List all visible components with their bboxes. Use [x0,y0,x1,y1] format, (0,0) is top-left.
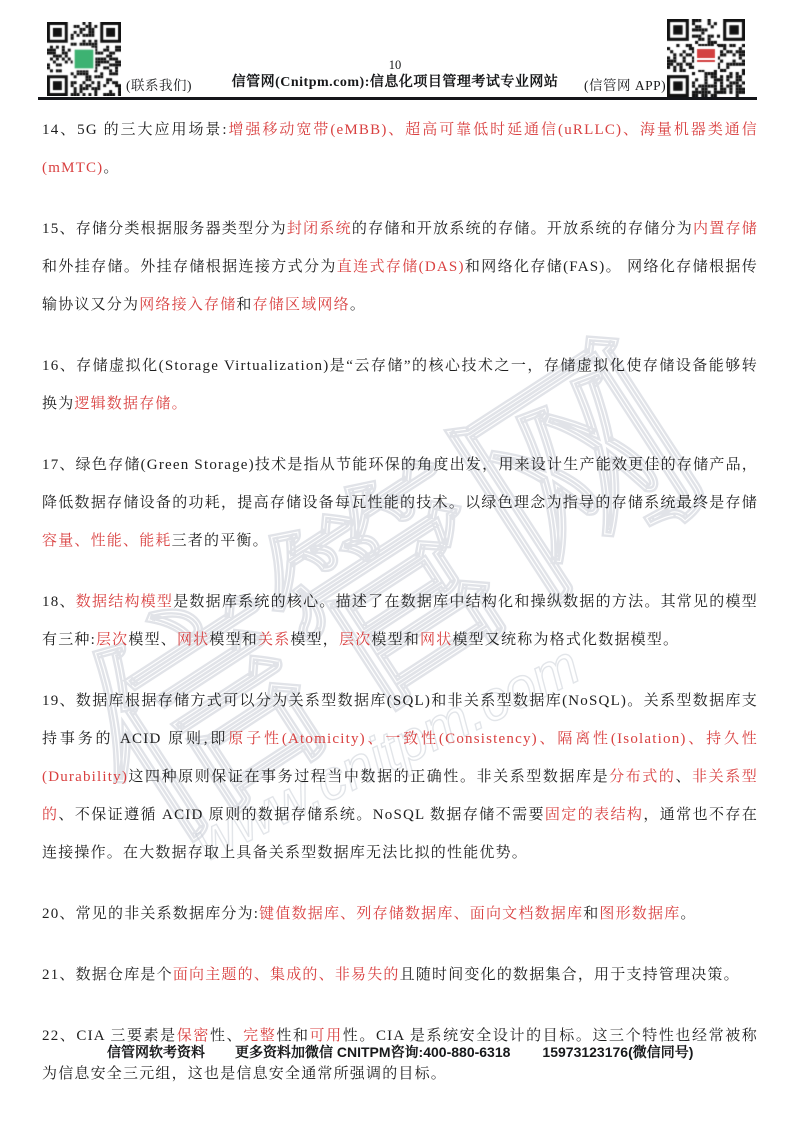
body-text: 15、存储分类根据服务器类型分为 [42,221,287,237]
highlight-text: 内置存储 [693,221,758,237]
highlight-text: 分布式的 [609,769,675,785]
body-text: 18、 [42,594,76,610]
note-item: 16、存储虚拟化(Storage Virtualization)是“云存储”的核… [42,347,758,423]
body-text: 的存储和开放系统的存储。开放系统的存储分为 [352,221,693,237]
note-item: 17、绿色存储(Green Storage)技术是指从节能环保的角度出发，用来设… [42,446,758,560]
notes-list: 14、5G 的三大应用场景:增强移动宽带(eMBB)、超高可靠低时延通信(uRL… [42,111,758,1116]
footer-hotline: 咨询:400-880-6318 [391,1042,511,1062]
highlight-text: 关系 [258,632,290,648]
body-text: 且随时间变化的数据集合，用于支持管理决策。 [400,967,740,983]
note-item: 18、数据结构模型是数据库系统的核心。描述了在数据库中结构化和操纵数据的方法。其… [42,583,758,659]
body-text: 和 [236,297,252,313]
contact-us-label: (联系我们) [126,74,192,94]
highlight-text: 封闭系统 [287,221,352,237]
highlight-text: 面向主题的、集成的、非易失的 [173,967,400,983]
site-title: 信管网(Cnitpm.com):信息化项目管理考试专业网站 [200,73,590,93]
note-item: 19、数据库根据存储方式可以分为关系型数据库(SQL)和非关系型数据库(NoSQ… [42,682,758,872]
app-label: (信管网 APP) [584,74,666,94]
header-center: 10 信管网(Cnitpm.com):信息化项目管理考试专业网站 [200,58,590,93]
body-text: 。 [103,160,119,176]
body-text: 和外挂存储。外挂存储根据连接方式分为 [42,259,337,275]
body-text: 17、绿色存储(Green Storage)技术是指从节能环保的角度出发，用来设… [42,457,758,511]
document-page: (联系我们) 10 信管网(Cnitpm.com):信息化项目管理考试专业网站 … [0,0,794,1123]
body-text: 模型和 [371,632,420,648]
note-item: 21、数据仓库是个面向主题的、集成的、非易失的且随时间变化的数据集合，用于支持管… [42,956,758,994]
body-text: 这四种原则保证在事务过程当中数据的正确性。非关系型数据库是 [128,769,609,785]
footer-brand-note: 信管网软考资料 [107,1042,205,1062]
highlight-text: 网状 [177,632,209,648]
wechat-contact-qr-code [47,22,121,96]
page-number: 10 [200,58,590,73]
highlight-text: 网状 [420,632,452,648]
highlight-text: 图形数据库 [599,906,680,922]
note-item: 20、常见的非关系数据库分为:键值数据库、列存储数据库、面向文档数据库和图形数据… [42,895,758,933]
body-text: 、不保证遵循 ACID 原则的数据存储系统。NoSQL 数据存储不需要 [58,807,544,823]
body-text: 模型， [290,632,339,648]
body-text: 21、数据仓库是个 [42,967,173,983]
body-text: 模型、 [128,632,177,648]
footer-wechat-note: 更多资料加微信 CNITPM [235,1042,391,1062]
note-item: 14、5G 的三大应用场景:增强移动宽带(eMBB)、超高可靠低时延通信(uRL… [42,111,758,187]
app-qr-code [667,19,745,97]
highlight-text: 固定的表结构 [545,807,643,823]
highlight-text: 网络接入存储 [139,297,236,313]
highlight-text: 键值数据库、列存储数据库、面向文档数据库 [259,906,583,922]
highlight-text: 层次 [96,632,128,648]
highlight-text: 数据结构模型 [76,594,173,610]
body-text: 模型和 [209,632,258,648]
body-text: 、 [675,769,692,785]
body-text: 。 [680,906,696,922]
highlight-text: 直连式存储(DAS) [337,259,465,275]
header-divider-line [38,97,757,100]
highlight-text: 容量、性能、能耗 [42,533,172,549]
note-item: 15、存储分类根据服务器类型分为封闭系统的存储和开放系统的存储。开放系统的存储分… [42,210,758,324]
body-text: 14、5G 的三大应用场景: [42,122,228,138]
body-text: 20、常见的非关系数据库分为: [42,906,259,922]
highlight-text: 存储区域网络 [253,297,350,313]
body-text: 。 [350,297,366,313]
highlight-text: 层次 [339,632,371,648]
body-text: 三者的平衡。 [172,533,269,549]
highlight-text: 逻辑数据存储。 [74,396,187,412]
body-text: 模型又统称为格式化数据模型。 [452,632,679,648]
body-text: 和 [583,906,599,922]
footer-phone: 15973123176(微信同号) [542,1042,693,1062]
page-footer: 信管网软考资料 更多资料加微信 CNITPM 咨询:400-880-6318 1… [107,1042,674,1062]
